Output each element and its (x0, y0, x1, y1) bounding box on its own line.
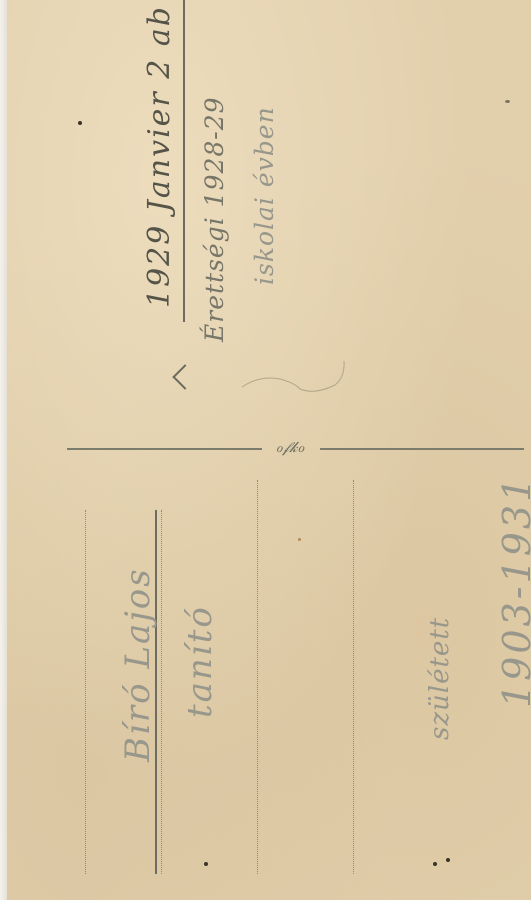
heading-underline (183, 0, 185, 322)
speck (446, 858, 450, 862)
speck (204, 862, 208, 866)
born-label: szülétett (425, 617, 455, 740)
name-field: Bíró Lajos (118, 567, 158, 762)
speck (505, 100, 510, 103)
note-line-exam: Érettségi 1928-29 (200, 96, 229, 342)
photo-back-card: 1929 Janvier 2 ab Érettségi 1928-29 isko… (0, 0, 531, 900)
speck (433, 862, 437, 866)
speck (78, 121, 82, 125)
faint-squiggle (240, 355, 350, 395)
dates-field: 1903-1931 (495, 475, 531, 708)
note-line-date: 1929 Janvier 2 ab (142, 5, 177, 308)
caret-mark (172, 364, 197, 389)
note-line-schoolyear: iskolai évben (250, 106, 279, 285)
divider-ornament: ℴ𝒻𝓀ℴ (262, 437, 318, 457)
speck (298, 538, 301, 541)
divider-line-left (67, 448, 262, 450)
field-line-4 (353, 480, 354, 874)
field-line-1 (85, 510, 86, 874)
field-line-3 (257, 480, 258, 874)
field-line-2 (161, 510, 162, 874)
title-field: tanító (180, 605, 220, 718)
scan-edge (0, 0, 7, 900)
divider-line-right (320, 448, 524, 450)
